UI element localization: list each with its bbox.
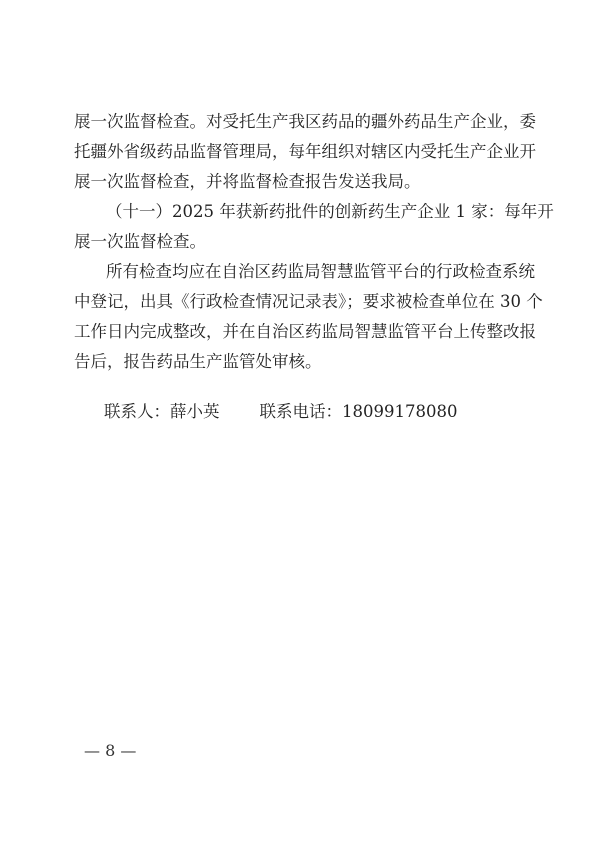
contact-phone-label: 联系电话：: [260, 402, 343, 422]
contact-info: 联系人：薛小英联系电话：18099178080: [104, 402, 457, 422]
paragraph-1-line-3: 展一次监督检查，并将监督检查报告发送我局。: [74, 172, 518, 192]
page-number: — 8 —: [84, 741, 136, 761]
paragraph-3-line-4: 告后，报告药品生产监管处审核。: [74, 352, 518, 372]
paragraph-3-line-2: 中登记，出具《行政检查情况记录表》；要求被检查单位在 30 个: [74, 292, 518, 312]
paragraph-1-line-2: 托疆外省级药品监督管理局，每年组织对辖区内受托生产企业开: [74, 142, 518, 162]
document-page: 展一次监督检查。对受托生产我区药品的疆外药品生产企业，委 托疆外省级药品监督管理…: [0, 0, 594, 841]
paragraph-1-line-1: 展一次监督检查。对受托生产我区药品的疆外药品生产企业，委: [74, 112, 518, 132]
paragraph-3-line-1: 所有检查均应在自治区药监局智慧监管平台的行政检查系统: [106, 262, 518, 282]
contact-person-name: 薛小英: [170, 402, 220, 422]
paragraph-3-line-3: 工作日内完成整改，并在自治区药监局智慧监管平台上传整改报: [74, 322, 518, 342]
paragraph-2-line-1: （十一）2025 年获新药批件的创新药生产企业 1 家：每年开: [106, 202, 518, 222]
contact-person-label: 联系人：: [104, 402, 170, 422]
contact-phone-number: 18099178080: [342, 402, 457, 422]
paragraph-2-line-2: 展一次监督检查。: [74, 232, 518, 252]
